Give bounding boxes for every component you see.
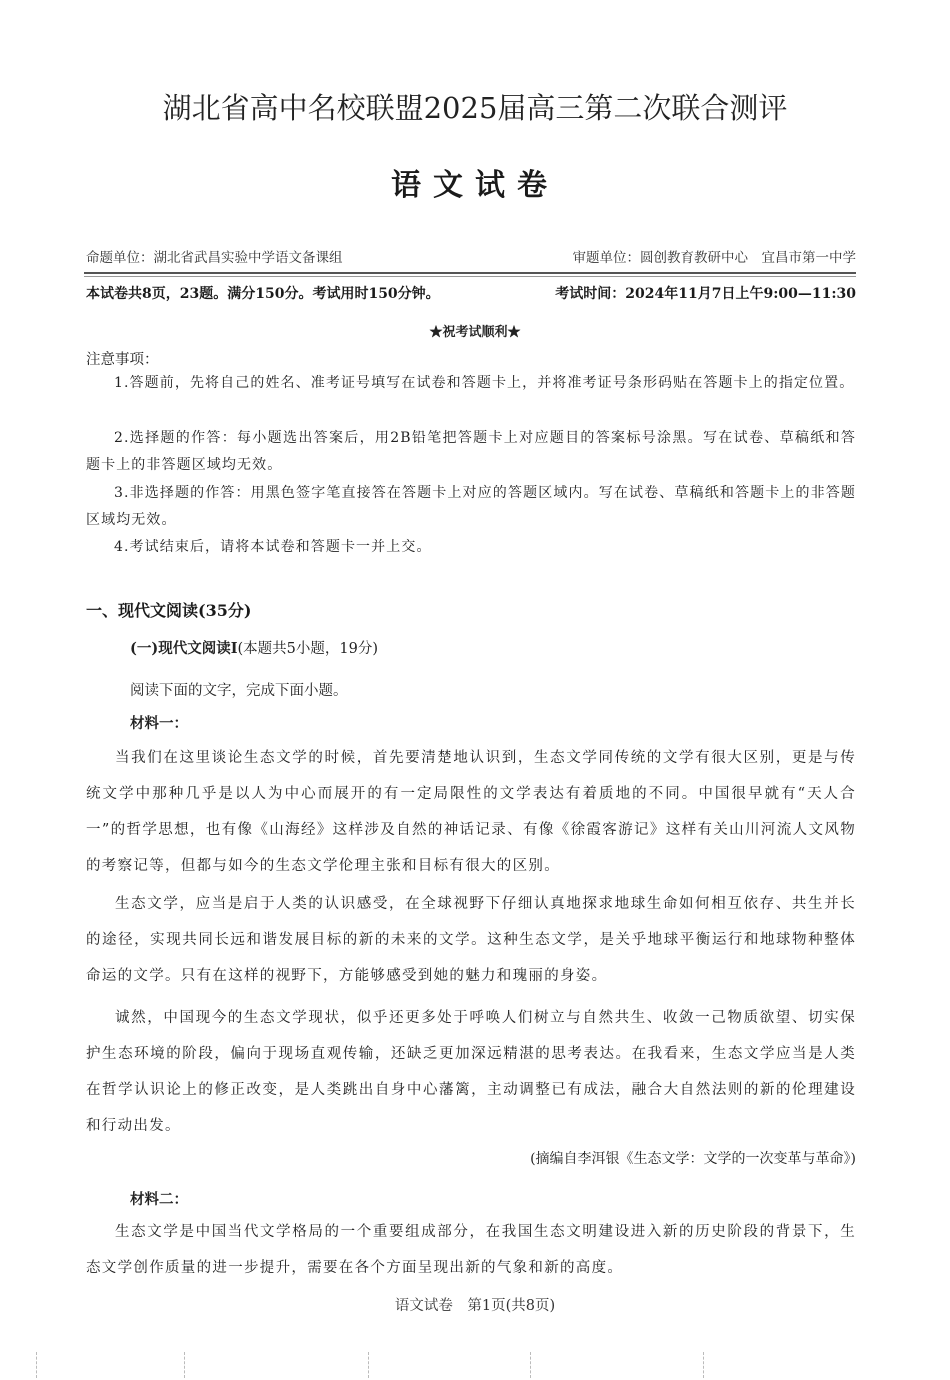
notice-item-2: 2.选择题的作答：每小题选出答案后，用2B铅笔把答题卡上对应题目的答案标号涂黑。… — [86, 425, 856, 479]
subsection-title: (一)现代文阅读Ⅰ — [130, 640, 238, 657]
material-1-paragraph-2: 生态文学，应当是启于人类的认识感受，在全球视野下仔细认真地探求地球生命如何相互依… — [86, 886, 856, 994]
notice-item-4: 4.考试结束后，请将本试卷和答题卡一并上交。 — [86, 534, 856, 561]
header-rule-thin — [84, 276, 856, 277]
exam-time: 考试时间：2024年11月7日上午9:00—11:30 — [555, 283, 856, 303]
section-heading: 一、现代文阅读(35分) — [86, 598, 251, 621]
setter-unit: 命题单位：湖北省武昌实验中学语文备课组 — [86, 246, 343, 266]
notice-item-3: 3.非选择题的作答：用黑色签字笔直接答在答题卡上对应的答题区域内。写在试卷、草稿… — [86, 480, 856, 534]
material-2-label: 材料二： — [130, 1188, 188, 1209]
scan-artifact — [184, 1352, 186, 1378]
scan-artifact — [703, 1352, 705, 1378]
exam-subject-title: 语文试卷 — [0, 160, 950, 204]
material-1-paragraph-3: 诚然，中国现今的生态文学现状，似乎还更多处于呼唤人们树立与自然共生、收敛一己物质… — [86, 1000, 856, 1144]
exam-info: 本试卷共8页，23题。满分150分。考试用时150分钟。 — [86, 283, 440, 303]
scan-artifact — [368, 1352, 370, 1378]
page-footer: 语文试卷 第1页(共8页) — [0, 1294, 950, 1315]
scan-artifact — [530, 1352, 532, 1378]
material-1-label: 材料一： — [130, 712, 188, 733]
exam-title: 湖北省高中名校联盟2025届高三第二次联合测评 — [0, 86, 950, 127]
reviewer-unit: 审题单位：圆创教育教研中心 宜昌市第一中学 — [573, 246, 857, 266]
material-2-paragraph-1: 生态文学是中国当代文学格局的一个重要组成部分，在我国生态文明建设进入新的历史阶段… — [86, 1214, 856, 1286]
material-1-paragraph-1: 当我们在这里谈论生态文学的时候，首先要清楚地认识到，生态文学同传统的文学有很大区… — [86, 740, 856, 884]
blessing-text: ★祝考试顺利★ — [0, 321, 950, 340]
notice-item-1: 1.答题前，先将自己的姓名、准考证号填写在试卷和答题卡上，并将准考证号条形码贴在… — [86, 370, 856, 397]
exam-page: 湖北省高中名校联盟2025届高三第二次联合测评 语文试卷 命题单位：湖北省武昌实… — [0, 0, 950, 1380]
subsection-heading: (一)现代文阅读Ⅰ(本题共5小题，19分) — [130, 637, 378, 658]
subsection-score: (本题共5小题，19分) — [238, 641, 379, 657]
material-1-source: (摘编自李洱银《生态文学：文学的一次变革与革命》) — [530, 1148, 856, 1168]
notice-heading: 注意事项： — [86, 348, 159, 369]
reading-instruction: 阅读下面的文字，完成下面小题。 — [130, 679, 348, 700]
header-rule-thick — [84, 272, 856, 274]
scan-artifact — [36, 1352, 38, 1378]
